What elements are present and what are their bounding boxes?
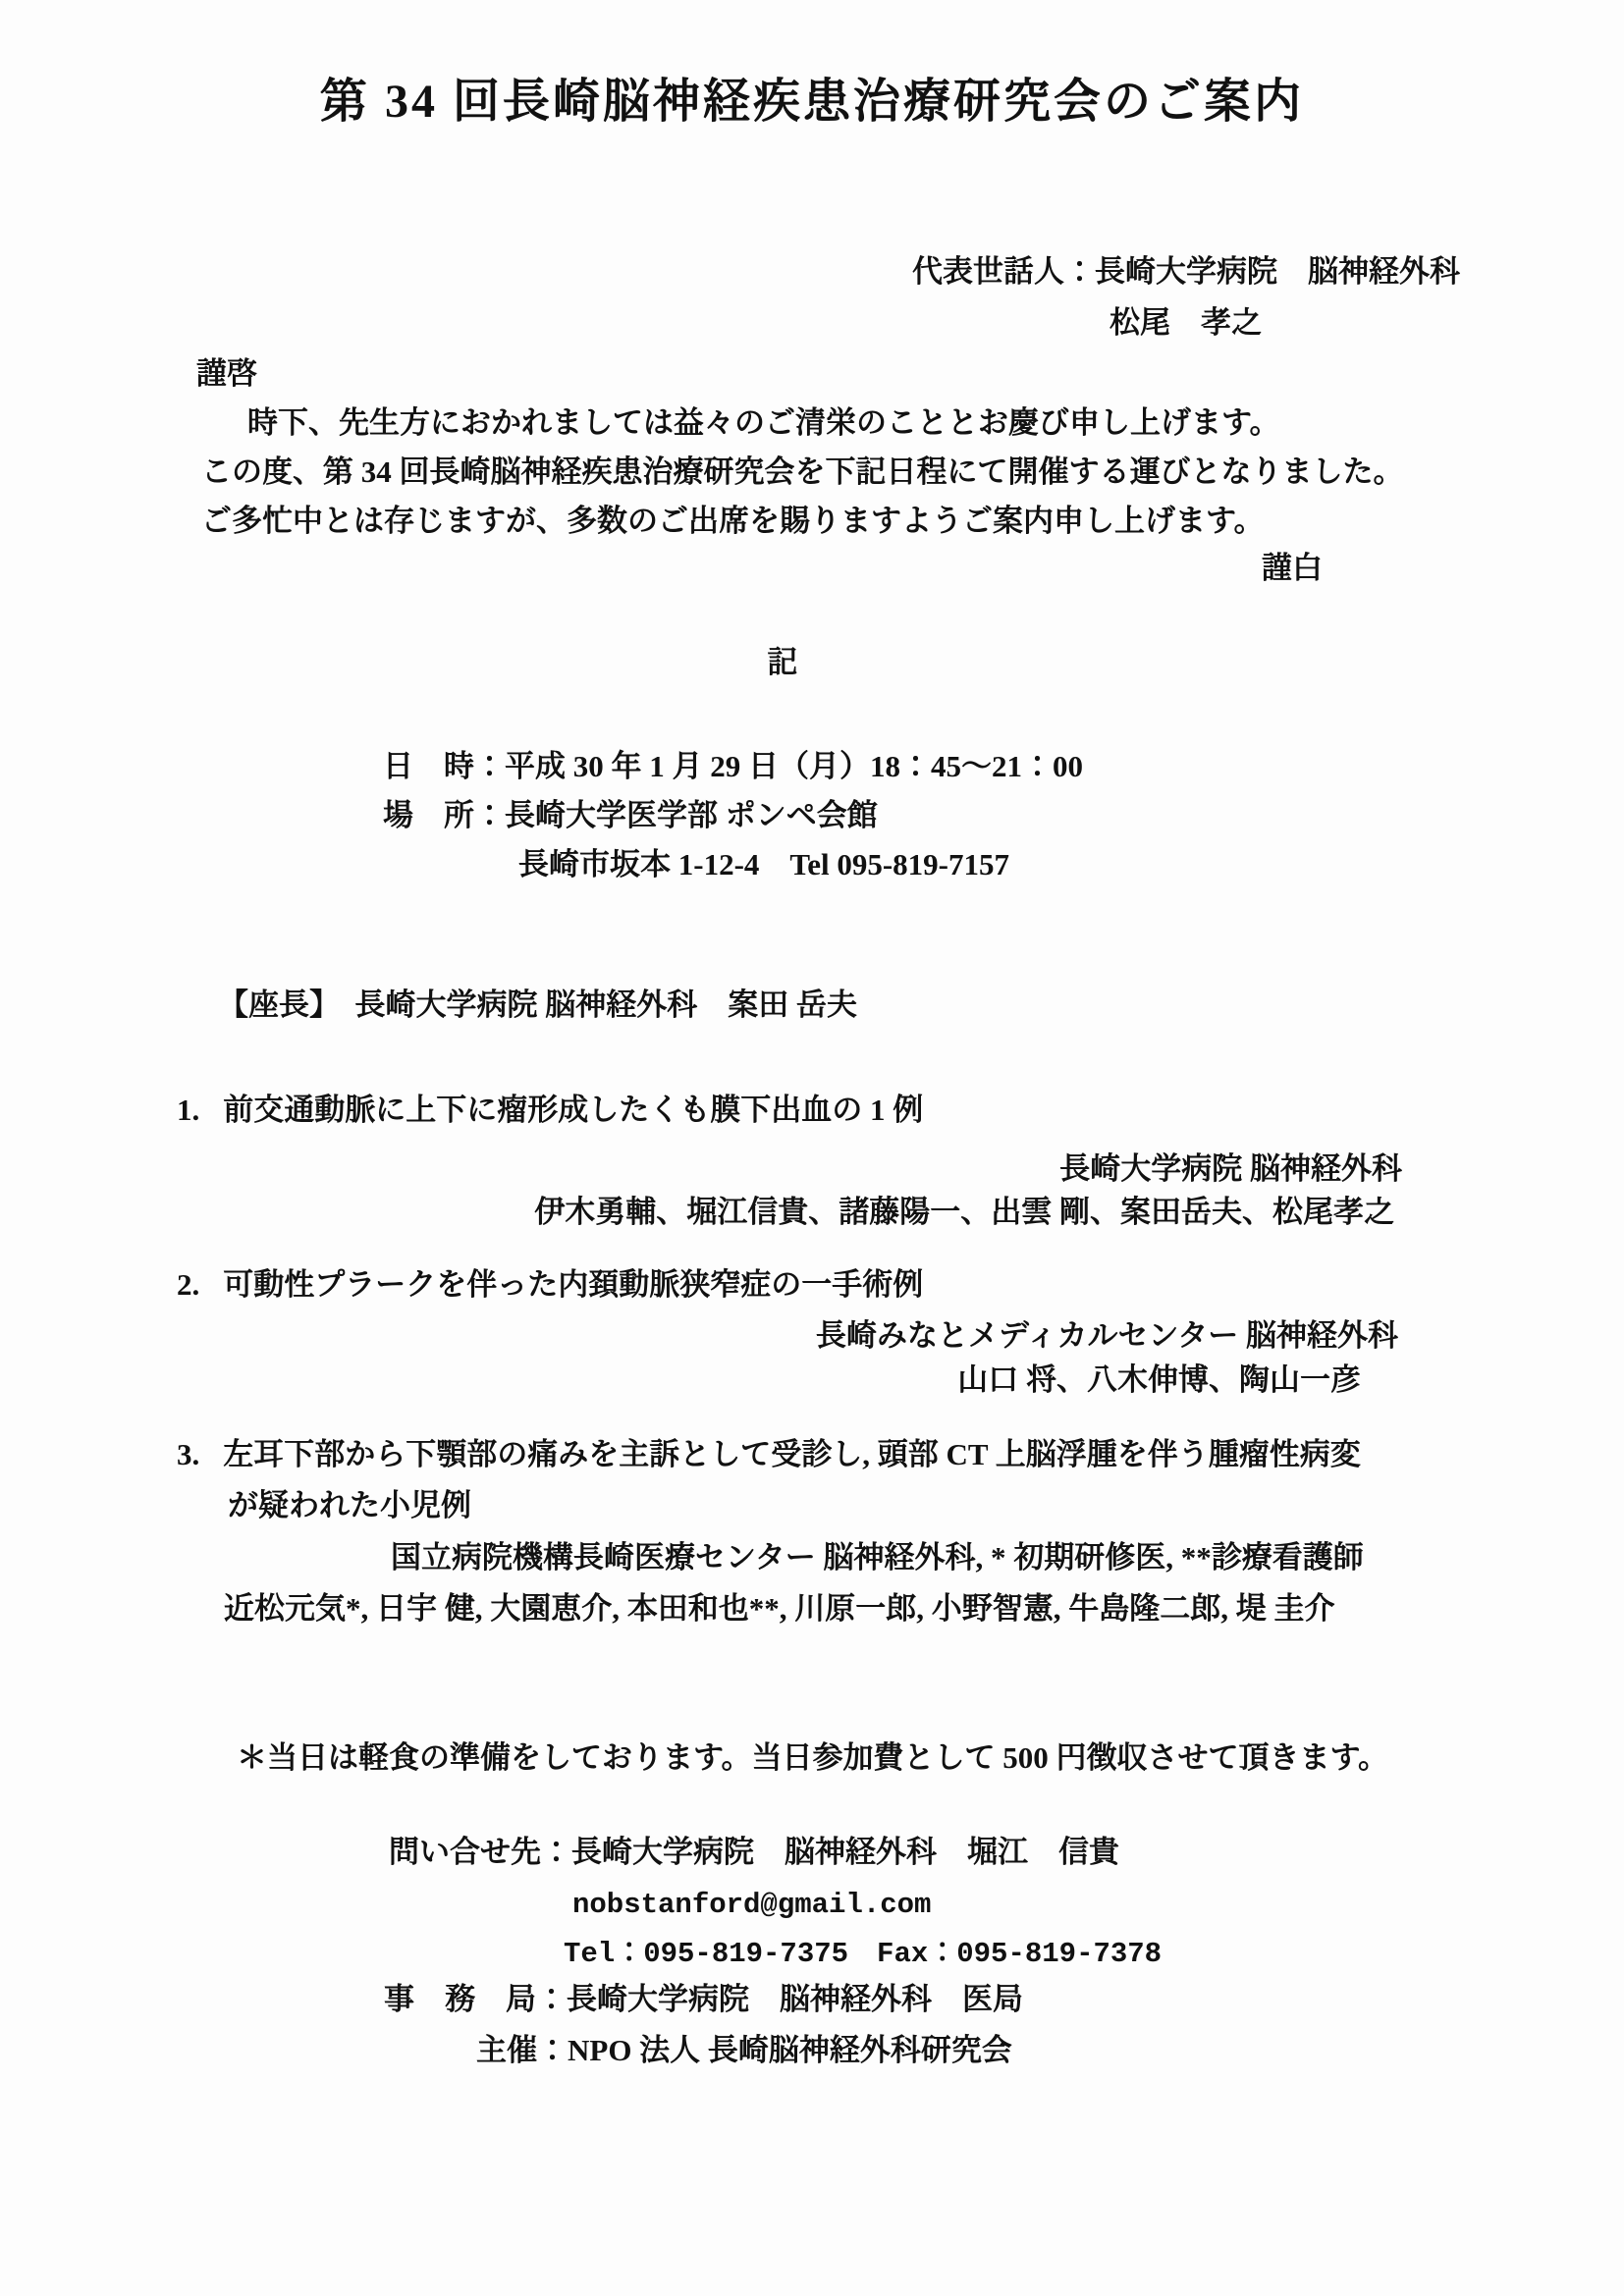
presentation-1-number: 1. <box>177 1092 199 1128</box>
greeting-body-line-2: この度、第 34 回長崎脳神経疾患治療研究会を下記日程にて開催する運びとなりまし… <box>201 454 1404 490</box>
record-marker: 記 <box>0 644 1565 680</box>
document-title: 第 34 回長崎脳神経疾患治療研究会のご案内 <box>0 74 1624 131</box>
presentation-3-number: 3. <box>177 1436 199 1472</box>
presentation-3-authors: 近松元気*, 日宇 健, 大園恵介, 本田和也**, 川原一郎, 小野智憲, 牛… <box>224 1590 1335 1627</box>
organizer-line: 主催：NPO 法人 長崎脳神経外科研究会 <box>476 2032 1012 2068</box>
chair-line: 【座長】 長崎大学病院 脳神経外科 案田 岳夫 <box>218 987 857 1023</box>
contact-line: 問い合せ先：長崎大学病院 脳神経外科 堀江 信貴 <box>389 1834 1119 1870</box>
presentation-3-title-line-2: が疑われた小児例 <box>228 1487 471 1523</box>
presentation-3-title: 左耳下部から下顎部の痛みを主訴として受診し, 頭部 CT 上脳浮腫を伴う腫瘤性病… <box>223 1437 1361 1471</box>
event-address: 長崎市坂本 1-12-4 Tel 095-819-7157 <box>518 846 1009 882</box>
representative-line: 代表世話人：長崎大学病院 脳神経外科 <box>912 253 1460 290</box>
presentation-1-authors: 伊木勇輔、堀江信貴、諸藤陽一、出雲 剛、案田岳夫、松尾孝之 <box>534 1194 1394 1230</box>
presentation-1-title-line: 1.前交通動脈に上下に瘤形成したくも膜下出血の 1 例 <box>177 1092 923 1128</box>
presentation-2-title-line: 2.可動性プラークを伴った内頚動脈狭窄症の一手術例 <box>177 1266 923 1303</box>
contact-tel-fax: Tel：095-819-7375 Fax：095-819-7378 <box>564 1938 1162 1972</box>
presentation-3-title-line: 3.左耳下部から下顎部の痛みを主訴として受診し, 頭部 CT 上脳浮腫を伴う腫瘤… <box>177 1436 1361 1472</box>
greeting-body-line-1: 時下、先生方におかれましては益々のご清栄のこととお慶び申し上げます。 <box>247 404 1280 441</box>
document-page: 第 34 回長崎脳神経疾患治療研究会のご案内 代表世話人：長崎大学病院 脳神経外… <box>0 0 1624 2296</box>
presentation-2-number: 2. <box>177 1266 199 1303</box>
office-line: 事 務 局：長崎大学病院 脳神経外科 医局 <box>384 1981 1023 2017</box>
presentation-2-affiliation: 長崎みなとメディカルセンター 脳神経外科 <box>816 1317 1398 1354</box>
presentation-2-title: 可動性プラークを伴った内頚動脈狭窄症の一手術例 <box>223 1267 923 1302</box>
representative-name: 松尾 孝之 <box>1110 304 1262 341</box>
greeting-closing: 謹白 <box>1262 550 1323 586</box>
presentation-1-title: 前交通動脈に上下に瘤形成したくも膜下出血の 1 例 <box>223 1093 923 1127</box>
presentation-1-affiliation: 長崎大学病院 脳神経外科 <box>1059 1150 1402 1187</box>
event-datetime: 日 時：平成 30 年 1 月 29 日（月）18：45～21：00 <box>383 748 1083 784</box>
presentation-3-affiliation: 国立病院機構長崎医療センター 脳神経外科, * 初期研修医, **診療看護師 <box>391 1539 1364 1575</box>
contact-email: nobstanford@gmail.com <box>572 1889 931 1923</box>
participation-note: ＊当日は軽食の準備をしております。当日参加費として 500 円徴収させて頂きます… <box>237 1739 1388 1776</box>
presentation-2-authors: 山口 将、八木伸博、陶山一彦 <box>957 1362 1361 1398</box>
greeting-body-line-3: ご多忙中とは存じますが、多数のご出席を賜りますようご案内申し上げます。 <box>201 503 1265 539</box>
event-venue: 場 所：長崎大学医学部 ポンペ会館 <box>383 797 878 833</box>
greeting-opening: 謹啓 <box>196 355 257 392</box>
